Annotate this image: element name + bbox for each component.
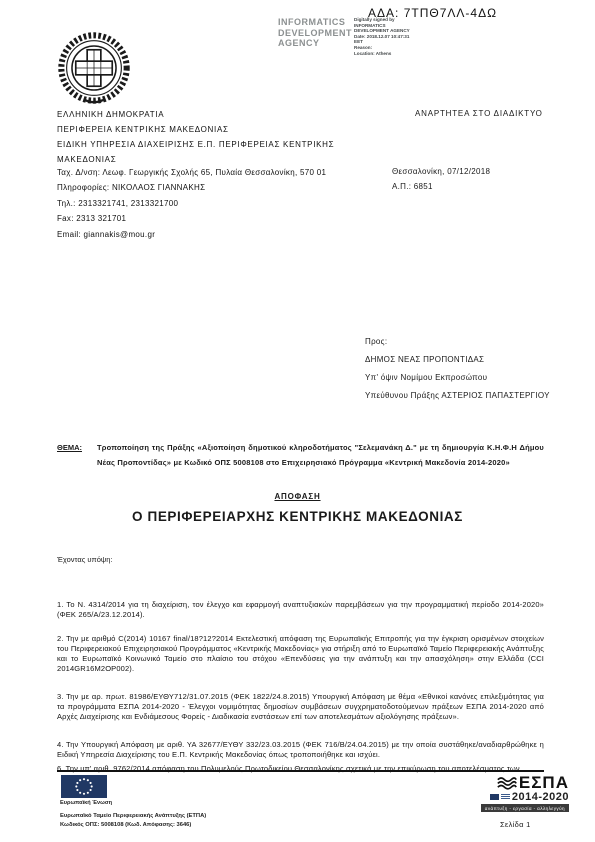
place-and-date: Θεσσαλονίκη, 07/12/2018: [392, 167, 490, 176]
eu-flag-icon: [60, 775, 108, 798]
consideration-item: 1. Το Ν. 4314/2014 για τη διαχείριση, το…: [57, 600, 544, 620]
postal-address: Ταχ. Δ/νση: Λεωφ. Γεωργικής Σχολής 65, Π…: [57, 165, 377, 180]
recipient-label: Προς:: [365, 333, 550, 351]
espa-name: ΕΣΠΑ: [519, 773, 569, 793]
contact-block: Ταχ. Δ/νση: Λεωφ. Γεωργικής Σχολής 65, Π…: [57, 165, 377, 242]
page-number: Σελίδα 1: [500, 820, 531, 829]
protocol-number: Α.Π.: 6851: [392, 182, 433, 191]
espa-motto: ανάπτυξη - εργασία - αλληλεγγύη: [481, 804, 569, 812]
ops-code-line: Κωδικός ΟΠΣ: 5008108 (Κωδ. Απόφασης: 364…: [60, 822, 191, 828]
subject-label: ΘΕΜΑ:: [57, 440, 97, 470]
espa-years: 2014-2020: [512, 791, 569, 803]
recipient-line: Υπ' όψιν Νομίμου Εκπροσώπου: [365, 369, 550, 387]
authority-line: ΕΛΛΗΝΙΚΗ ΔΗΜΟΚΡΑΤΙΑ: [57, 107, 357, 122]
document-page: ΑΔΑ: 7ΤΠΘ7ΛΛ-4ΔΩ INFORMATICS DEVELOPMENT…: [0, 0, 595, 842]
publish-note: ΑΝΑΡΤΗΤΕΑ ΣΤΟ ΔΙΑΔΙΚΤΥΟ: [415, 109, 543, 118]
fax-line: Fax: 2313 321701: [57, 211, 377, 226]
contact-person: Πληροφορίες: ΝΙΚΟΛΑΟΣ ΓΙΑΝΝΑΚΗΣ: [57, 180, 377, 195]
email-line: Email: giannakis@mou.gr: [57, 227, 377, 242]
preamble-label: Έχοντας υπόψη:: [57, 555, 112, 564]
digital-signature-stamp: INFORMATICS DEVELOPMENT AGENCY Digitally…: [278, 17, 464, 56]
subject-text: Τροποποίηση της Πράξης «Αξιοποίηση δημοτ…: [97, 440, 544, 470]
consideration-item: 6. Την υπ' αριθ. 9762/2014 απόφαση του Π…: [57, 764, 544, 774]
decision-title: ΑΠΟΦΑΣΗ: [0, 492, 595, 501]
recipient-line: ΔΗΜΟΣ ΝΕΑΣ ΠΡΟΠΟΝΤΙΔΑΣ: [365, 351, 550, 369]
consideration-item: 3. Την με αρ. πρωτ. 81986/ΕΥΘΥ712/31.07.…: [57, 692, 544, 722]
authority-line: ΕΙΔΙΚΗ ΥΠΗΡΕΣΙΑ ΔΙΑΧΕΙΡΙΣΗΣ Ε.Π. ΠΕΡΙΦΕΡ…: [57, 137, 357, 167]
subject-block: ΘΕΜΑ: Τροποποίηση της Πράξης «Αξιοποίηση…: [57, 440, 544, 470]
issuing-authority: ΕΛΛΗΝΙΚΗ ΔΗΜΟΚΡΑΤΙΑ ΠΕΡΙΦΕΡΕΙΑ ΚΕΝΤΡΙΚΗΣ…: [57, 107, 357, 167]
espa-waves-icon: [497, 776, 517, 790]
consideration-item: 2. Την με αριθμό C(2014) 10167 final/18?…: [57, 634, 544, 674]
eu-flag-caption: Ευρωπαϊκή Ένωση: [60, 800, 112, 806]
espa-logo: ΕΣΠΑ 2014-2020 ανάπτυξη - εργασία - αλλη…: [487, 773, 569, 812]
consideration-item: 4. Την Υπουργική Απόφαση με αριθ. ΥΑ 326…: [57, 740, 544, 760]
eu-fund-line: Ευρωπαϊκό Ταμείο Περιφερειακής Ανάπτυξης…: [60, 813, 206, 819]
greek-flag-chip-icon: [501, 794, 510, 800]
greek-coat-of-arms-icon: [56, 30, 132, 106]
signature-details: Digitally signed by INFORMATICS DEVELOPM…: [354, 17, 464, 56]
decision-heading: Ο ΠΕΡΙΦΕΡΕΙΑΡΧΗΣ ΚΕΝΤΡΙΚΗΣ ΜΑΚΕΔΟΝΙΑΣ: [0, 509, 595, 524]
signer-name: INFORMATICS DEVELOPMENT AGENCY: [278, 17, 350, 56]
eu-flag-chip-icon: [490, 794, 499, 800]
recipient-block: Προς: ΔΗΜΟΣ ΝΕΑΣ ΠΡΟΠΟΝΤΙΔΑΣ Υπ' όψιν Νο…: [365, 333, 550, 405]
recipient-line: Υπεύθυνου Πράξης ΑΣΤΕΡΙΟΣ ΠΑΠΑΣΤΕΡΓΙΟΥ: [365, 387, 550, 405]
authority-line: ΠΕΡΙΦΕΡΕΙΑ ΚΕΝΤΡΙΚΗΣ ΜΑΚΕΔΟΝΙΑΣ: [57, 122, 357, 137]
footer-divider: [57, 770, 544, 772]
phone-line: Τηλ.: 2313321741, 2313321700: [57, 196, 377, 211]
